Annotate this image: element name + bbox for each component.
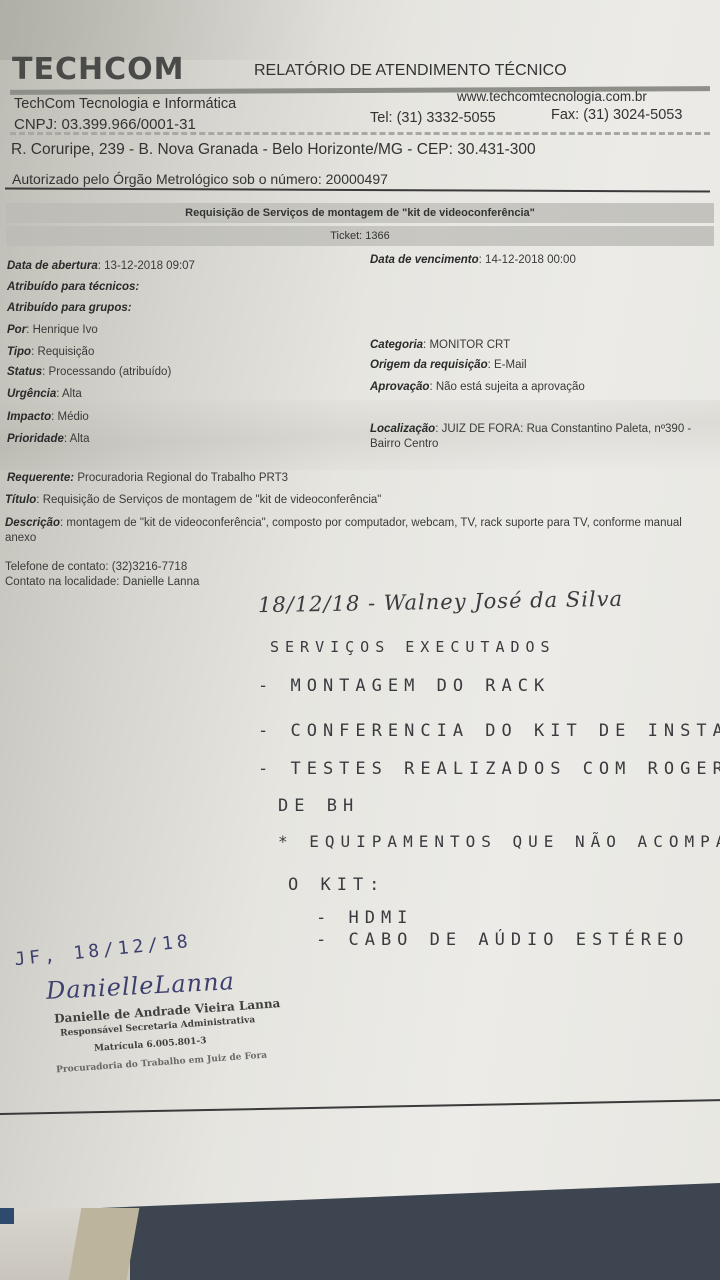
field-row: Aprovação: Não está sujeita a aprovação: [370, 381, 585, 393]
handwritten-line: * EQUIPAMENTOS QUE NÃO ACOMPAN: [278, 832, 720, 851]
dashed-divider: [10, 132, 710, 135]
requester-field: Requerente: Procuradoria Regional do Tra…: [7, 472, 288, 484]
title-field: Título: Requisição de Serviços de montag…: [5, 494, 381, 506]
field-value: Processando (atribuído): [49, 366, 172, 378]
handwritten-line: - HDMI: [316, 908, 413, 928]
field-row: Localização: JUIZ DE FORA: Rua Constanti…: [370, 422, 720, 452]
website-link: www.techcomtecnologia.com.br: [457, 89, 647, 104]
handwritten-line: O KIT:: [288, 875, 385, 895]
authorization-number: Autorizado pelo Órgão Metrológico sob o …: [12, 171, 388, 187]
field-label: Tipo: [7, 346, 31, 358]
techcom-logo: TECHCOM: [12, 52, 184, 87]
field-label: Atribuído para grupos:: [7, 302, 132, 314]
description-value: montagem de "kit de videoconferência", c…: [5, 517, 682, 544]
field-label: Por: [7, 324, 26, 336]
field-row: Atribuído para técnicos:: [7, 281, 139, 293]
document-sheet: TECHCOM RELATÓRIO DE ATENDIMENTO TÉCNICO…: [0, 0, 720, 1212]
field-value: Alta: [70, 433, 90, 445]
fax-number: Fax: (31) 3024-5053: [551, 107, 682, 123]
handwritten-date-technician: 18/12/18 - Walney José da Silva: [258, 587, 623, 617]
field-label: Data de vencimento: [370, 254, 479, 266]
field-row: Por: Henrique Ivo: [7, 324, 98, 336]
request-title-band: Requisição de Serviços de montagem de "k…: [6, 203, 714, 223]
field-value: Requisição: [37, 346, 94, 358]
field-row: Urgência: Alta: [7, 388, 82, 400]
field-row: Origem da requisição: E-Mail: [370, 359, 527, 371]
field-value: 13-12-2018 09:07: [104, 260, 195, 272]
field-label: Impacto: [7, 411, 51, 423]
shadow: [0, 0, 330, 60]
field-label: Data de abertura: [7, 260, 98, 272]
field-label: Origem da requisição: [370, 359, 488, 371]
requester-label: Requerente:: [7, 472, 74, 484]
field-value: 14-12-2018 00:00: [485, 254, 576, 266]
contact-phone: Telefone de contato: (32)3216-7718: [5, 561, 187, 573]
title-label: Título: [5, 494, 36, 506]
title-value: Requisição de Serviços de montagem de "k…: [43, 494, 382, 506]
place-date-handwritten: JF, 18/12/18: [13, 931, 192, 970]
field-row: Data de vencimento: 14-12-2018 00:00: [370, 254, 576, 266]
field-value: Henrique Ivo: [33, 324, 98, 336]
field-value: Médio: [57, 411, 88, 423]
field-value: E-Mail: [494, 359, 527, 371]
local-contact: Contato na localidade: Danielle Lanna: [5, 576, 199, 588]
handwritten-line: SERVIÇOS EXECUTADOS: [270, 638, 556, 656]
field-row: Tipo: Requisição: [7, 346, 94, 358]
field-value: Alta: [62, 388, 82, 400]
requester-value: Procuradoria Regional do Trabalho PRT3: [77, 472, 288, 484]
stamp-organization: Procuradoria do Trabalho em Juiz de Fora: [56, 1051, 267, 1076]
ticket-number-band: Ticket: 1366: [6, 226, 714, 246]
field-row: Data de abertura: 13-12-2018 09:07: [7, 260, 195, 272]
field-label: Atribuído para técnicos:: [7, 281, 139, 293]
field-label: Aprovação: [370, 381, 429, 393]
handwritten-line: - MONTAGEM DO RACK: [258, 676, 550, 696]
field-row: Status: Processando (atribuído): [7, 366, 171, 378]
company-address: R. Coruripe, 239 - B. Nova Granada - Bel…: [11, 141, 536, 159]
field-label: Prioridade: [7, 433, 64, 445]
field-value: MONITOR CRT: [429, 339, 510, 351]
field-label: Categoria: [370, 339, 423, 351]
handwritten-line: - TESTES REALIZADOS COM ROGER: [258, 759, 720, 779]
field-row: Atribuído para grupos:: [7, 302, 132, 314]
signature: DanielleLanna: [45, 967, 235, 1005]
phone-number: Tel: (31) 3332-5055: [370, 110, 496, 126]
field-row: Prioridade: Alta: [7, 433, 89, 445]
footer-rule: [0, 1099, 720, 1115]
description-label: Descrição: [5, 517, 60, 529]
desk-background: [0, 1208, 130, 1280]
field-value: Não está sujeita a aprovação: [436, 381, 585, 393]
cnpj: CNPJ: 03.399.966/0001-31: [14, 116, 196, 133]
field-row: Categoria: MONITOR CRT: [370, 339, 510, 351]
desk-object: [0, 1208, 14, 1224]
desk-edge: [69, 1208, 140, 1280]
field-label: Urgência: [7, 388, 56, 400]
handwritten-line: DE BH: [278, 796, 359, 816]
handwritten-line: - CABO DE AÚDIO ESTÉREO: [316, 930, 689, 950]
field-label: Localização: [370, 423, 435, 435]
field-label: Status: [7, 366, 42, 378]
handwritten-line: - CONFERENCIA DO KIT DE INSTALA: [258, 721, 720, 741]
report-title: RELATÓRIO DE ATENDIMENTO TÉCNICO: [254, 62, 567, 80]
field-row: Impacto: Médio: [7, 411, 89, 423]
description-field: Descrição: montagem de "kit de videoconf…: [5, 516, 705, 546]
header-bottom-rule: [5, 187, 710, 192]
stamp-matricula: Matrícula 6.005.801-3: [94, 1036, 207, 1054]
company-name: TechCom Tecnologia e Informática: [14, 96, 236, 112]
